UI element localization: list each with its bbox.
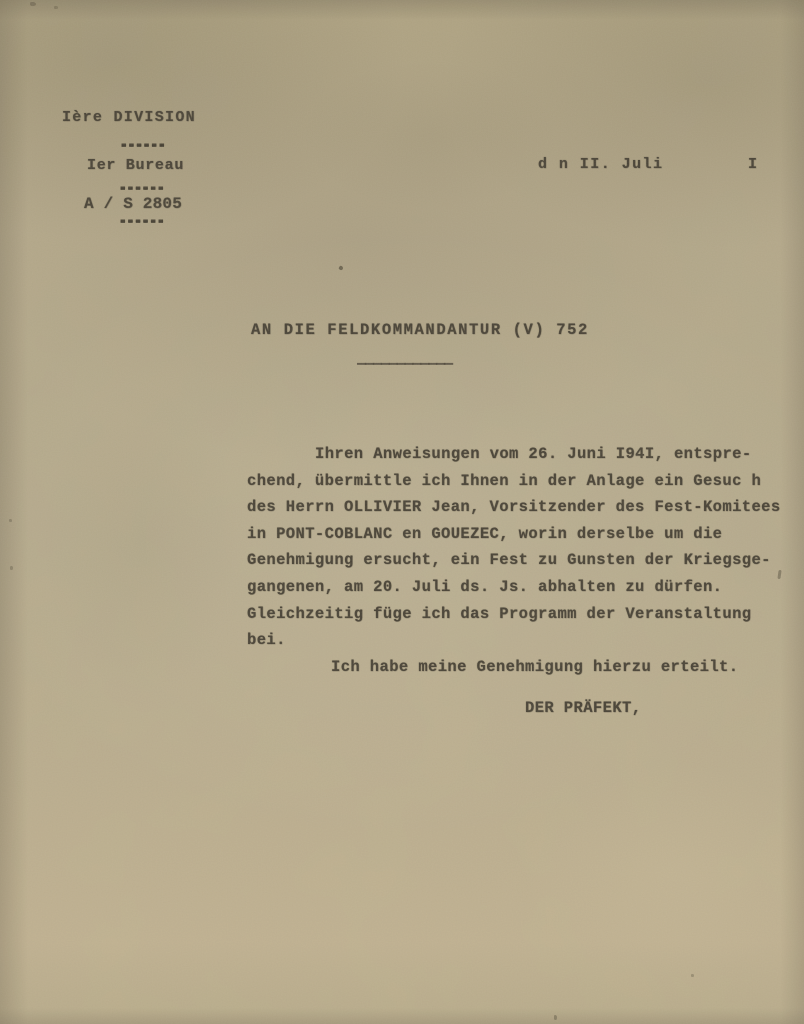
dash-rule: ------: [118, 213, 164, 229]
date-line: d n II. Juli: [538, 157, 663, 172]
paper-stain: [520, 760, 804, 980]
paper-speck: [554, 1015, 557, 1020]
body-line: gangenen, am 20. Juli ds. Js. abhalten z…: [247, 574, 804, 601]
recipient-underline-rule: ____________: [357, 351, 452, 367]
division-line: Ière DIVISION: [62, 110, 196, 125]
bureau-line: Ier Bureau: [87, 158, 184, 173]
signature-line: DER PRÄFEKT,: [525, 701, 641, 717]
body-line: des Herrn OLLIVIER Jean, Vorsitzender de…: [247, 494, 804, 521]
paper-stain: [40, 380, 240, 700]
page-number: I: [748, 157, 757, 172]
body-line: chend, übermittle ich Ihnen in der Anlag…: [247, 468, 804, 495]
dash-rule: ------: [118, 180, 164, 196]
file-number-line: A / S 2805: [84, 196, 182, 212]
paper-speck: [691, 974, 694, 977]
scanned-letter-page: Ière DIVISION ------ Ier Bureau ------ A…: [0, 0, 804, 1024]
paper-speck: [54, 6, 58, 9]
body-line: Genehmigung ersucht, ein Fest zu Gunsten…: [247, 547, 804, 574]
body-line: in PONT-COBLANC en GOUEZEC, worin dersel…: [247, 521, 804, 548]
body-line: Gleichzeitig füge ich das Programm der V…: [247, 601, 804, 628]
paper-speck: [9, 519, 12, 522]
recipient-line: AN DIE FELDKOMMANDANTUR (V) 752: [251, 323, 589, 339]
paper-speck: [338, 265, 343, 270]
body-paragraph: Ihren Anweisungen vom 26. Juni I94I, ent…: [247, 441, 804, 654]
approval-line: Ich habe meine Genehmigung hierzu erteil…: [331, 660, 738, 676]
body-line: Ihren Anweisungen vom 26. Juni I94I, ent…: [247, 441, 804, 468]
paper-stain: [300, 60, 560, 210]
dash-rule: ------: [119, 137, 165, 153]
paper-speck: [30, 2, 36, 6]
body-line: bei.: [247, 627, 804, 654]
paper-speck: [10, 566, 13, 570]
